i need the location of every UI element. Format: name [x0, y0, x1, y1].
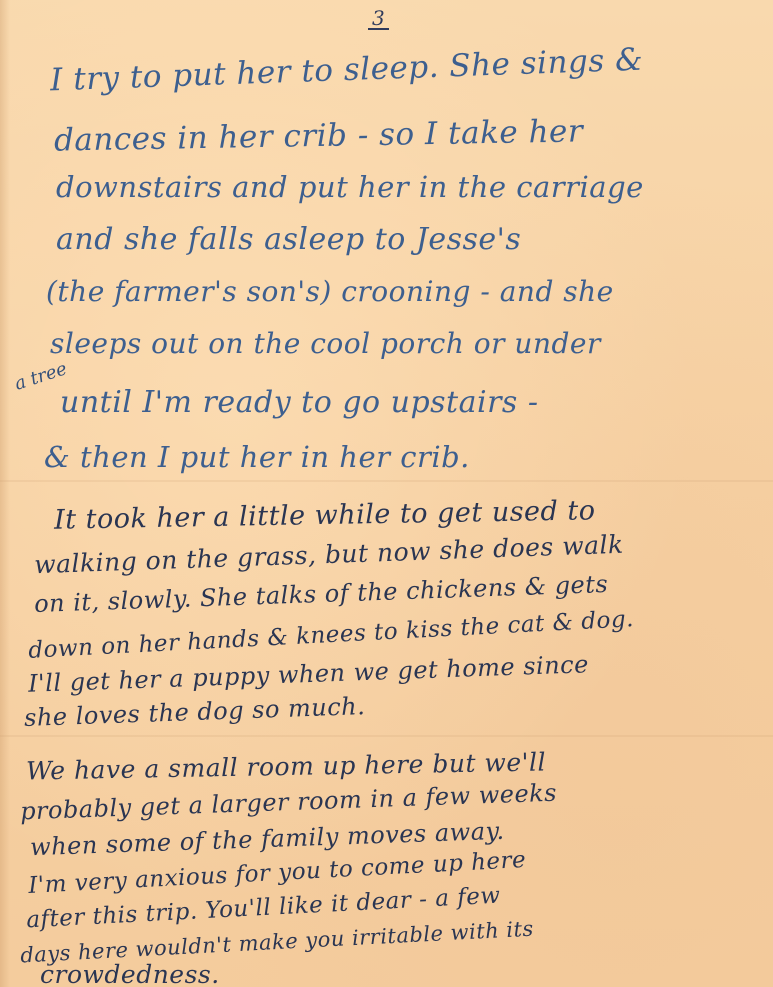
text-line: & then I put her in her crib. [44, 440, 470, 474]
page-number: 3 [368, 8, 389, 30]
text-line: crowdedness. [40, 960, 220, 987]
paper-crease [0, 480, 773, 482]
paper-edge-shadow [0, 0, 10, 987]
letter-page: 3 I try to put her to sleep. She sings &… [0, 0, 773, 987]
text-line: sleeps out on the cool porch or under [50, 327, 601, 360]
text-line: I try to put her to sleep. She sings & [50, 42, 644, 99]
text-line: We have a small room up here but we'll [26, 747, 546, 785]
text-line: dances in her crib - so I take her [54, 113, 584, 158]
text-line: downstairs and put her in the carriage [56, 170, 644, 204]
text-line: and she falls asleep to Jesse's [56, 222, 521, 257]
text-line: she loves the dog so much. [24, 692, 366, 732]
text-line: (the farmer's son's) crooning - and she [46, 275, 614, 308]
text-line: It took her a little while to get used t… [54, 495, 596, 535]
text-line: until I'm ready to go upstairs - [60, 385, 539, 420]
paper-crease [0, 735, 773, 737]
text-line: on it, slowly. She talks of the chickens… [34, 570, 609, 618]
